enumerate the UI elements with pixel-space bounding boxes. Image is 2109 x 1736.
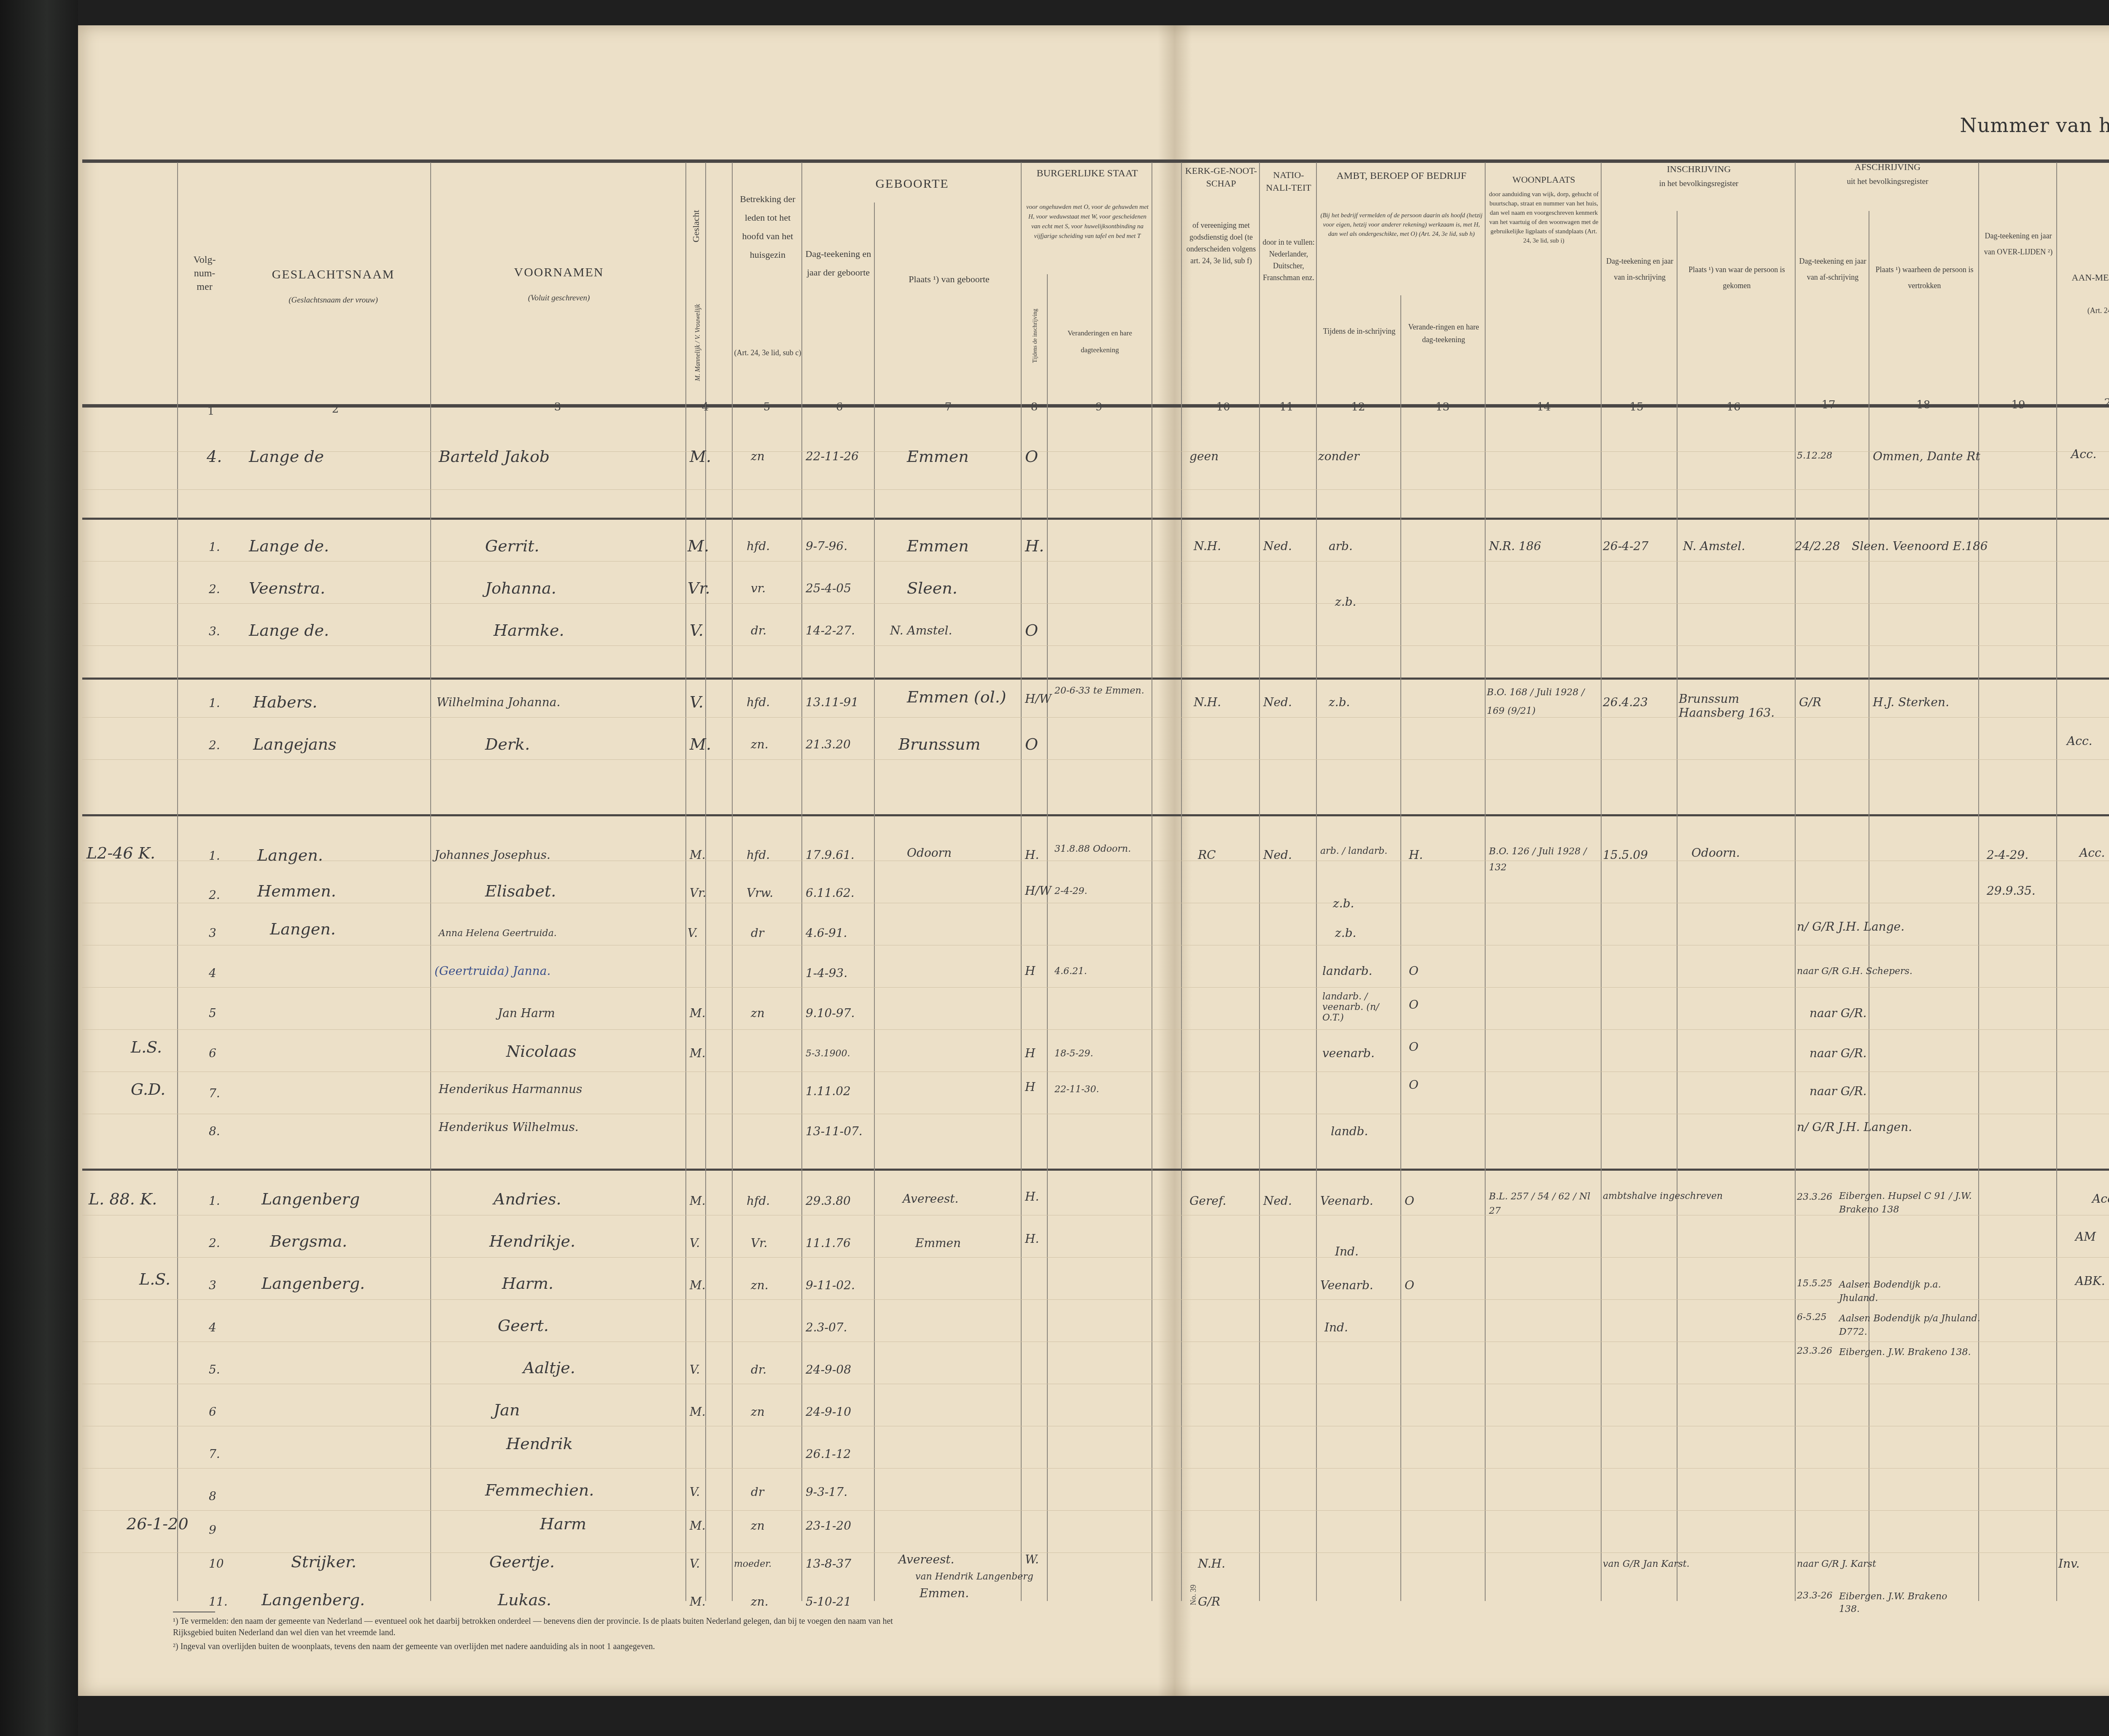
entry-birth-date: 5-3.1900. [806,1048,850,1059]
footnote-rule [173,1612,215,1612]
entry-death: 2-4-29. [1987,848,2028,862]
entry-sex: V. [690,693,704,711]
entry-occ-change: O [1409,998,1419,1012]
entry-civil: H [1025,964,1035,978]
header-volgnummer: Volg- num- mer [181,253,228,294]
colnum: 7 [936,401,961,413]
entry-birth-date: 5-10-21 [806,1595,851,1609]
header-inschrijving: INSCHRIJVING [1603,162,1795,176]
entry-civil: H [1025,1080,1035,1094]
header-burgerlijke-staat: BURGERLIJKE STAAT [1023,167,1152,180]
entry-birth-place: Emmen [907,537,969,555]
entry-in-date: ambtshalve ingeschreven [1603,1190,1742,1203]
entry-civil: H [1025,1046,1035,1060]
header-col19: Dag-teekening en jaar van OVER-LIJDEN ²) [1980,228,2056,260]
entry-residence: B.L. 257 / 54 / 62 / Nl 27 [1489,1190,1599,1218]
entry-occupation: Ind. [1335,1245,1359,1258]
entry-relation: vr. [751,581,766,595]
entry-given: Geert. [498,1316,549,1335]
entry-relation: zn. [751,737,769,751]
entry-sex: V. [690,1363,700,1377]
entry-surname: Langenberg. [262,1590,365,1609]
colnum: 14 [1531,401,1556,413]
entry-surname: Hemmen. [257,882,336,900]
entry-out-to: Aalsen Bodendijk p.a. Jhuland. [1839,1278,1974,1305]
entry-remarks: Acc. [2071,447,2096,461]
entry-surname: Langen. [257,846,323,864]
entry-civil: H/W [1025,692,1052,706]
entry-birth-date: 9-11-02. [806,1278,855,1292]
entry-in-from: Odoorn. [1691,846,1740,860]
entry-given: Geertje. [489,1552,555,1571]
entry-surname: Langen. [270,920,336,938]
entry-birth-place: Sleen. [907,579,957,597]
entry-occupation: Ind. [1324,1320,1348,1334]
entry-out-to: naar G/R J. Karst [1797,1559,1876,1569]
entry-birth-date: 9.10-97. [806,1006,855,1020]
entry-birth-place: Avereest. [903,1192,959,1206]
entry-in-date: van G/R Jan Karst. [1603,1559,1690,1569]
colnum: 5 [754,401,779,413]
entry-civil: W. [1025,1552,1039,1566]
header-voornamen-sub: (Voluit geschreven) [432,293,685,303]
entry-sex: M. [690,1519,706,1533]
entry-birth-place: Emmen [915,1236,961,1250]
entry-out-date: 23.3.26 [1797,1192,1832,1202]
entry-surname: Habers. [253,693,317,711]
entry-given: Johannes Josephus. [434,848,550,862]
entry-birth-place: Emmen. [920,1586,969,1600]
entry-birth-date: 21.3.20 [806,737,851,751]
colnum: 1 [198,405,224,418]
entry-nr: 6 [209,1405,216,1419]
entry-relation: dr. [751,1363,766,1377]
entry-birth-date: 11.1.76 [806,1236,851,1250]
entry-relation: zn [751,1405,765,1419]
entry-given: Harm [540,1515,586,1533]
entry-out-to: Eibergen. J.W. Brakeno 138. [1839,1346,1974,1359]
header-geslachtsnaam-sub: (Geslachtsnaam der vrouw) [236,295,430,305]
entry-birth-date: 23-1-20 [806,1519,851,1533]
entry-occupation: Veenarb. [1320,1278,1373,1292]
entry-residence: N.R. 186 [1489,539,1541,553]
entry-civil: H/W [1025,884,1052,898]
entry-given: Johanna. [485,579,556,597]
header-col12: Tijdens de in-schrijving [1318,325,1400,337]
entry-birth-date: 6.11.62. [806,886,855,900]
entry-civil: O [1025,735,1038,753]
entry-birth-date: 9-3-17. [806,1485,847,1499]
entry-nr: 5. [209,1363,220,1377]
entry-civil-change: 31.8.88 Odoorn. [1054,844,1147,854]
entry-civil: H. [1025,1190,1039,1204]
entry-nr: 4 [209,966,216,980]
entry-relation: dr [751,1485,764,1499]
entry-birth-date: 22-11-26 [806,449,859,463]
entry-out-date: 23.3.26 [1797,1346,1832,1356]
entry-death: 29.9.35. [1987,884,2036,898]
entry-occupation: Veenarb. [1320,1194,1373,1208]
header-voornamen: VOORNAMEN [432,266,685,279]
entry-surname: Lange de. [249,537,329,555]
colnum: 15 [1624,401,1649,413]
entry-nr: 3. [209,624,220,638]
margin-annotation: 26-1-20 [127,1515,189,1533]
entry-birth-date: 25-4-05 [806,581,851,595]
colnum: 9 [1086,401,1111,413]
header-woonplaats-sub: door aanduiding van wijk, dorp, gehucht … [1487,190,1601,246]
entry-sex: M. [688,537,709,555]
header-aanmerkingen: AAN-MERKINGEN [2058,270,2109,285]
header-nationaliteit-sub: door in te vullen: Nederlander, Duitsche… [1261,236,1316,283]
header-col15: Dag-teekening en jaar van in-schrijving [1603,253,1677,285]
entry-nr: 3 [209,926,216,940]
entry-remarks: Acc. [2067,734,2092,748]
entry-nr: 7. [209,1447,220,1461]
entry-relation: hfd. [747,695,770,709]
header-col9: Veranderingen en hare dagteekening [1050,325,1149,359]
entry-civil-change: van Hendrik Langenberg [915,1571,1033,1582]
entry-birth-date: 1-4-93. [806,966,847,980]
entry-nr: 1. [209,540,220,554]
entry-occupation: arb. / landarb. [1320,846,1400,856]
entry-out-to: Eibergen. Hupsel C 91 / J.W. Brakeno 138 [1839,1190,1974,1217]
entry-relation: Vrw. [747,886,773,900]
entry-nr: 1. [209,696,220,710]
entry-nationality: Ned. [1263,695,1292,709]
entry-surname: Strijker. [291,1552,356,1571]
footnotes: ¹) Te vermelden: den naam der gemeente v… [173,1612,898,1652]
header-afschrijving: AFSCHRIJVING [1797,160,1978,174]
entry-out-to: Eibergen. J.W. Brakeno 138. [1839,1590,1966,1616]
header-kerkgenootschap: KERK-GE-NOOT-SCHAP [1183,165,1259,190]
entry-birth-date: 1.11.02 [806,1084,851,1098]
entry-nationality: Ned. [1263,539,1292,553]
header-ambt-sub: (Bij het bedrijf vermelden of de persoon… [1320,211,1483,239]
colnum: 6 [827,401,852,413]
entry-sex: Vr. [690,886,706,900]
entry-sex: V. [690,621,704,640]
entry-relation: hfd. [747,539,770,553]
entry-nr: 8 [209,1489,216,1503]
entry-relation: zn [751,449,765,463]
entry-given: Wilhelmina Johanna. [437,695,560,709]
entry-in-from: Brunssum Haansberg 163. [1679,692,1793,720]
entry-nr: 5 [209,1006,216,1020]
entry-in-date: 26-4-27 [1603,539,1648,553]
entry-in-from: N. Amstel. [1683,539,1745,553]
entry-given: (Geertruida) Janna. [434,964,550,978]
entry-out-to: n/ G/R J.H. Lange. [1797,920,1904,934]
header-col18: Plaats ¹) waarheen de persoon is vertrok… [1871,262,1978,294]
entry-nr: 2. [209,738,220,752]
header-geslacht-sub: M. Mannelijk / V. Vrouwelijk [693,296,703,389]
entry-relation: Vr. [751,1236,767,1250]
entry-sex: M. [690,1046,706,1060]
entry-given: Henderikus Wilhelmus. [439,1120,579,1134]
colnum: 13 [1430,401,1455,413]
entry-death-note: ABK. [2075,1274,2105,1288]
entry-relation: hfd. [747,848,770,862]
entry-birth-place: Emmen [907,447,969,466]
entry-nr: 1. [209,1194,220,1208]
header-woonplaats: WOONPLAATS [1487,173,1601,186]
entry-relation: zn [751,1006,765,1020]
entry-surname: Bergsma. [270,1232,347,1250]
entry-sex: V. [688,926,698,940]
entry-birth-place: N. Amstel. [890,624,952,637]
entry-nationality: Ned. [1263,1194,1292,1208]
entry-remarks: Acc. [2079,846,2105,860]
header-col8: Tijdens de inschrijving [1029,304,1042,367]
entry-nr: 7. [209,1086,220,1100]
entry-sex: M. [690,447,711,466]
entry-relation: dr. [751,624,766,637]
entry-church: G/R [1198,1595,1220,1609]
entry-relation: zn. [751,1278,769,1292]
entry-birth-date: 13-8-37 [806,1557,851,1571]
margin-annotation: L. 88. K. [89,1190,157,1208]
entry-nr: 8. [209,1124,220,1138]
entry-sex: M. [690,1194,706,1208]
colnum: 18 [1911,399,1936,411]
entry-occupation: landarb. / veenarb. (n/ O.T.) [1322,991,1398,1023]
entry-occ-change: O [1409,964,1419,978]
entry-occupation: z.b. [1335,926,1356,940]
entry-given: Nicolaas [506,1042,577,1061]
entry-church: N.H. [1194,695,1221,709]
entry-out-date: 24/2.28 [1795,539,1840,553]
footnote-2: ²) Ingeval van overlijden buiten de woon… [173,1641,898,1652]
household-separator [82,814,2109,816]
entry-occupation: z.b. [1333,896,1354,910]
margin-annotation: G.D. [131,1080,165,1099]
entry-out-to: naar G/R. [1810,1084,1867,1098]
entry-occupation: landb. [1331,1124,1368,1138]
margin-annotation: L.S. [131,1038,162,1056]
entry-occupation: z.b. [1335,595,1356,609]
entry-birth-date: 13-11-07. [806,1124,863,1138]
entry-birth-date: 26.1-12 [806,1447,851,1461]
entry-sex: V. [690,1557,700,1571]
entry-out-date: 15.5.25 [1797,1278,1832,1289]
entry-remarks: Acc: [2092,1192,2109,1206]
colnum: 3 [545,401,570,413]
colnum: 10 [1211,401,1236,413]
entry-nr: 9 [209,1523,216,1537]
entry-given: Anna Helena Geertruida. [439,928,557,939]
colnum: 2 [323,403,348,416]
header-ambt: AMBT, BEROEP OF BEDRIJF [1318,167,1485,185]
header-geboorte: GEBOORTE [804,177,1021,191]
entry-nr: 11. [209,1595,228,1609]
entry-given: Gerrit. [485,537,539,555]
entry-sex: M. [690,1405,706,1419]
entry-birth-date: 13.11-91 [806,695,858,709]
print-number: No. 39 [1189,1585,1198,1605]
book-binding [0,0,78,1736]
entry-residence: B.O. 126 / Juli 1928 / 132 [1489,844,1599,876]
entry-nr: 2. [209,888,220,902]
entry-surname: Lange de. [249,621,329,640]
entry-occupation: veenarb. [1322,1046,1375,1060]
footnote-1: ¹) Te vermelden: den naam der gemeente v… [173,1616,898,1639]
entry-death-note: AM [2075,1230,2096,1244]
header-burgerlijke-sub: voor ongehuwden met O, voor de gehuwden … [1024,202,1151,241]
entry-out-date: 5.12.28 [1797,451,1832,461]
entry-remarks: Inv. [2058,1557,2080,1571]
entry-church: N.H. [1194,539,1221,553]
entry-given: Harmke. [494,621,564,640]
household-separator [82,518,2109,520]
entry-out-to: naar G/R. [1810,1006,1867,1020]
entry-given: Hendrik [506,1434,573,1453]
entry-occupation: landarb. [1322,964,1373,978]
entry-sex: M. [690,1278,706,1292]
entry-sex: M. [690,1006,706,1020]
entry-occ-change: H. [1409,848,1423,862]
entry-nr: 1. [209,849,220,863]
entry-birth-place: Odoorn [907,846,952,860]
colnum: 19 [2006,399,2031,411]
entry-civil: H. [1025,848,1039,862]
entry-given: Aaltje. [523,1358,575,1377]
entry-civil: O [1025,621,1038,640]
entry-out-to: Sleen. Veenoord E.186 [1852,539,1988,553]
entry-sex: V. [690,1236,700,1250]
margin-annotation: L2-46 K. [86,844,155,862]
entry-nr: 4. [207,447,222,466]
colnum: 11 [1274,401,1299,413]
entry-occupation: z.b. [1329,695,1350,709]
entry-given: Lukas. [498,1590,551,1609]
entry-given: Femmechien. [485,1481,594,1499]
entry-in-date: 15.5.09 [1603,848,1648,862]
header-col6: Dag-teekening en jaar der geboorte [804,245,873,282]
entry-occupation: zonder [1318,449,1359,463]
entry-church: N.H. [1198,1557,1225,1571]
entry-surname: Veenstra. [249,579,325,597]
entry-out-to: n/ G/R J.H. Langen. [1797,1120,1912,1134]
entry-nationality: Ned. [1263,848,1292,862]
entry-church: geen [1189,449,1219,463]
header-nationaliteit: NATIO-NALI-TEIT [1261,169,1316,194]
entry-birth-date: 24-9-08 [806,1363,851,1377]
entry-given: Henderikus Harmannus [439,1082,582,1096]
entry-birth-date: 4.6-91. [806,926,847,940]
entry-occ-change: O [1409,1078,1419,1092]
header-geslacht: Geslacht [689,188,703,264]
entry-out-to: Ommen, Dante Rt [1873,449,1980,463]
entry-civil-change: 20-6-33 te Emmen. [1054,686,1147,696]
entry-relation: dr [751,926,764,940]
entry-given: Jan [494,1401,520,1419]
header-col7: Plaats ¹) van geboorte [877,270,1021,289]
entry-given: Derk. [485,735,530,753]
entry-sex: V. [690,1485,700,1499]
entry-civil: O [1025,447,1038,466]
entry-church: Geref. [1189,1194,1226,1208]
entry-surname: Langenberg [262,1190,360,1208]
entry-civil-change: 4.6.21. [1054,966,1087,977]
entry-surname: Langejans [253,735,337,753]
entry-relation: moeder. [734,1559,771,1569]
colnum: 20 [2098,397,2109,409]
colnum: 12 [1346,401,1371,413]
entry-civil: H. [1025,537,1044,555]
header-kerkgenootschap-sub: of vereeniging met godsdienstig doel (te… [1183,219,1259,267]
entry-sex: M. [690,848,706,862]
entry-occupation: arb. [1329,539,1353,553]
entry-church: RC [1198,848,1216,862]
colnum: 16 [1721,401,1746,413]
entry-nr: 6 [209,1046,216,1060]
header-inschrijving-sub: in het bevolkingsregister [1603,177,1795,191]
header-betrekking-sub: (Art. 24, 3e lid, sub c) [734,346,801,359]
entry-birth-date: 24-9-10 [806,1405,851,1419]
header-col16: Plaats ¹) van waar de persoon is gekomen [1679,262,1795,294]
entry-out-to: naar G/R G.H. Schepers. [1797,966,1912,977]
margin-annotation: L.S. [139,1270,170,1288]
entry-sex: Vr. [688,579,710,597]
entry-residence: B.O. 168 / Juli 1928 / 169 (9/21) [1487,683,1599,721]
entry-out-to: H.J. Sterken. [1873,695,1949,709]
entry-nr: 4 [209,1320,216,1334]
entry-occ-change: O [1405,1278,1414,1292]
entry-sex: M. [690,735,711,753]
entry-given: Elisabet. [485,882,556,900]
entry-out-date: G/R [1799,695,1821,709]
entry-civil-change: 2-4-29. [1054,886,1087,896]
entry-civil-change: 22-11-30. [1054,1084,1099,1095]
entry-given: Barteld Jakob [439,447,550,466]
entry-birth-place: Emmen (ol.) [907,688,1006,706]
entry-birth-date: 14-2-27. [806,624,855,637]
entry-out-to: Aalsen Bodendijk p/a Jhuland. D772. [1839,1312,1982,1339]
entry-out-date: 23.3-26 [1797,1590,1832,1601]
sheet-number-label: Nummer van het blad [1960,114,2109,137]
entry-nr: 10 [209,1557,224,1571]
entry-given: Hendrikje. [489,1232,575,1250]
entry-in-date: 26.4.23 [1603,695,1648,709]
entry-given: Jan Harm [498,1006,555,1020]
header-col13: Verande-ringen en hare dag-teekening [1402,321,1485,346]
header-geslachtsnaam: GESLACHTSNAAM [236,268,430,281]
header-col17: Dag-teekening en jaar van af-schrijving [1797,253,1869,285]
entry-birth-date: 17.9.61. [806,848,855,862]
entry-sex: M. [690,1595,706,1609]
entry-given: Andries. [494,1190,561,1208]
entry-nr: 2. [209,582,220,596]
entry-occ-change: O [1409,1040,1419,1054]
entry-birth-date: 9-7-96. [806,539,847,553]
entry-given: Harm. [502,1274,553,1293]
entry-nr: 3 [209,1278,216,1292]
entry-birth-place: Avereest. [898,1552,955,1566]
colnum: 17 [1816,399,1841,411]
header-afschrijving-sub: uit het bevolkingsregister [1797,175,1978,189]
entry-out-to: naar G/R. [1810,1046,1867,1060]
entry-surname: Lange de [249,447,324,466]
entry-birth-date: 29.3.80 [806,1194,851,1208]
entry-occ-change: O [1405,1194,1414,1208]
household-separator [82,678,2109,680]
entry-relation: zn. [751,1595,769,1609]
colnum: 4 [693,401,718,413]
colnum: 8 [1022,401,1047,413]
header-betrekking: Betrekking der leden tot het hoofd van h… [734,190,801,264]
entry-birth-date: 2.3-07. [806,1320,847,1334]
